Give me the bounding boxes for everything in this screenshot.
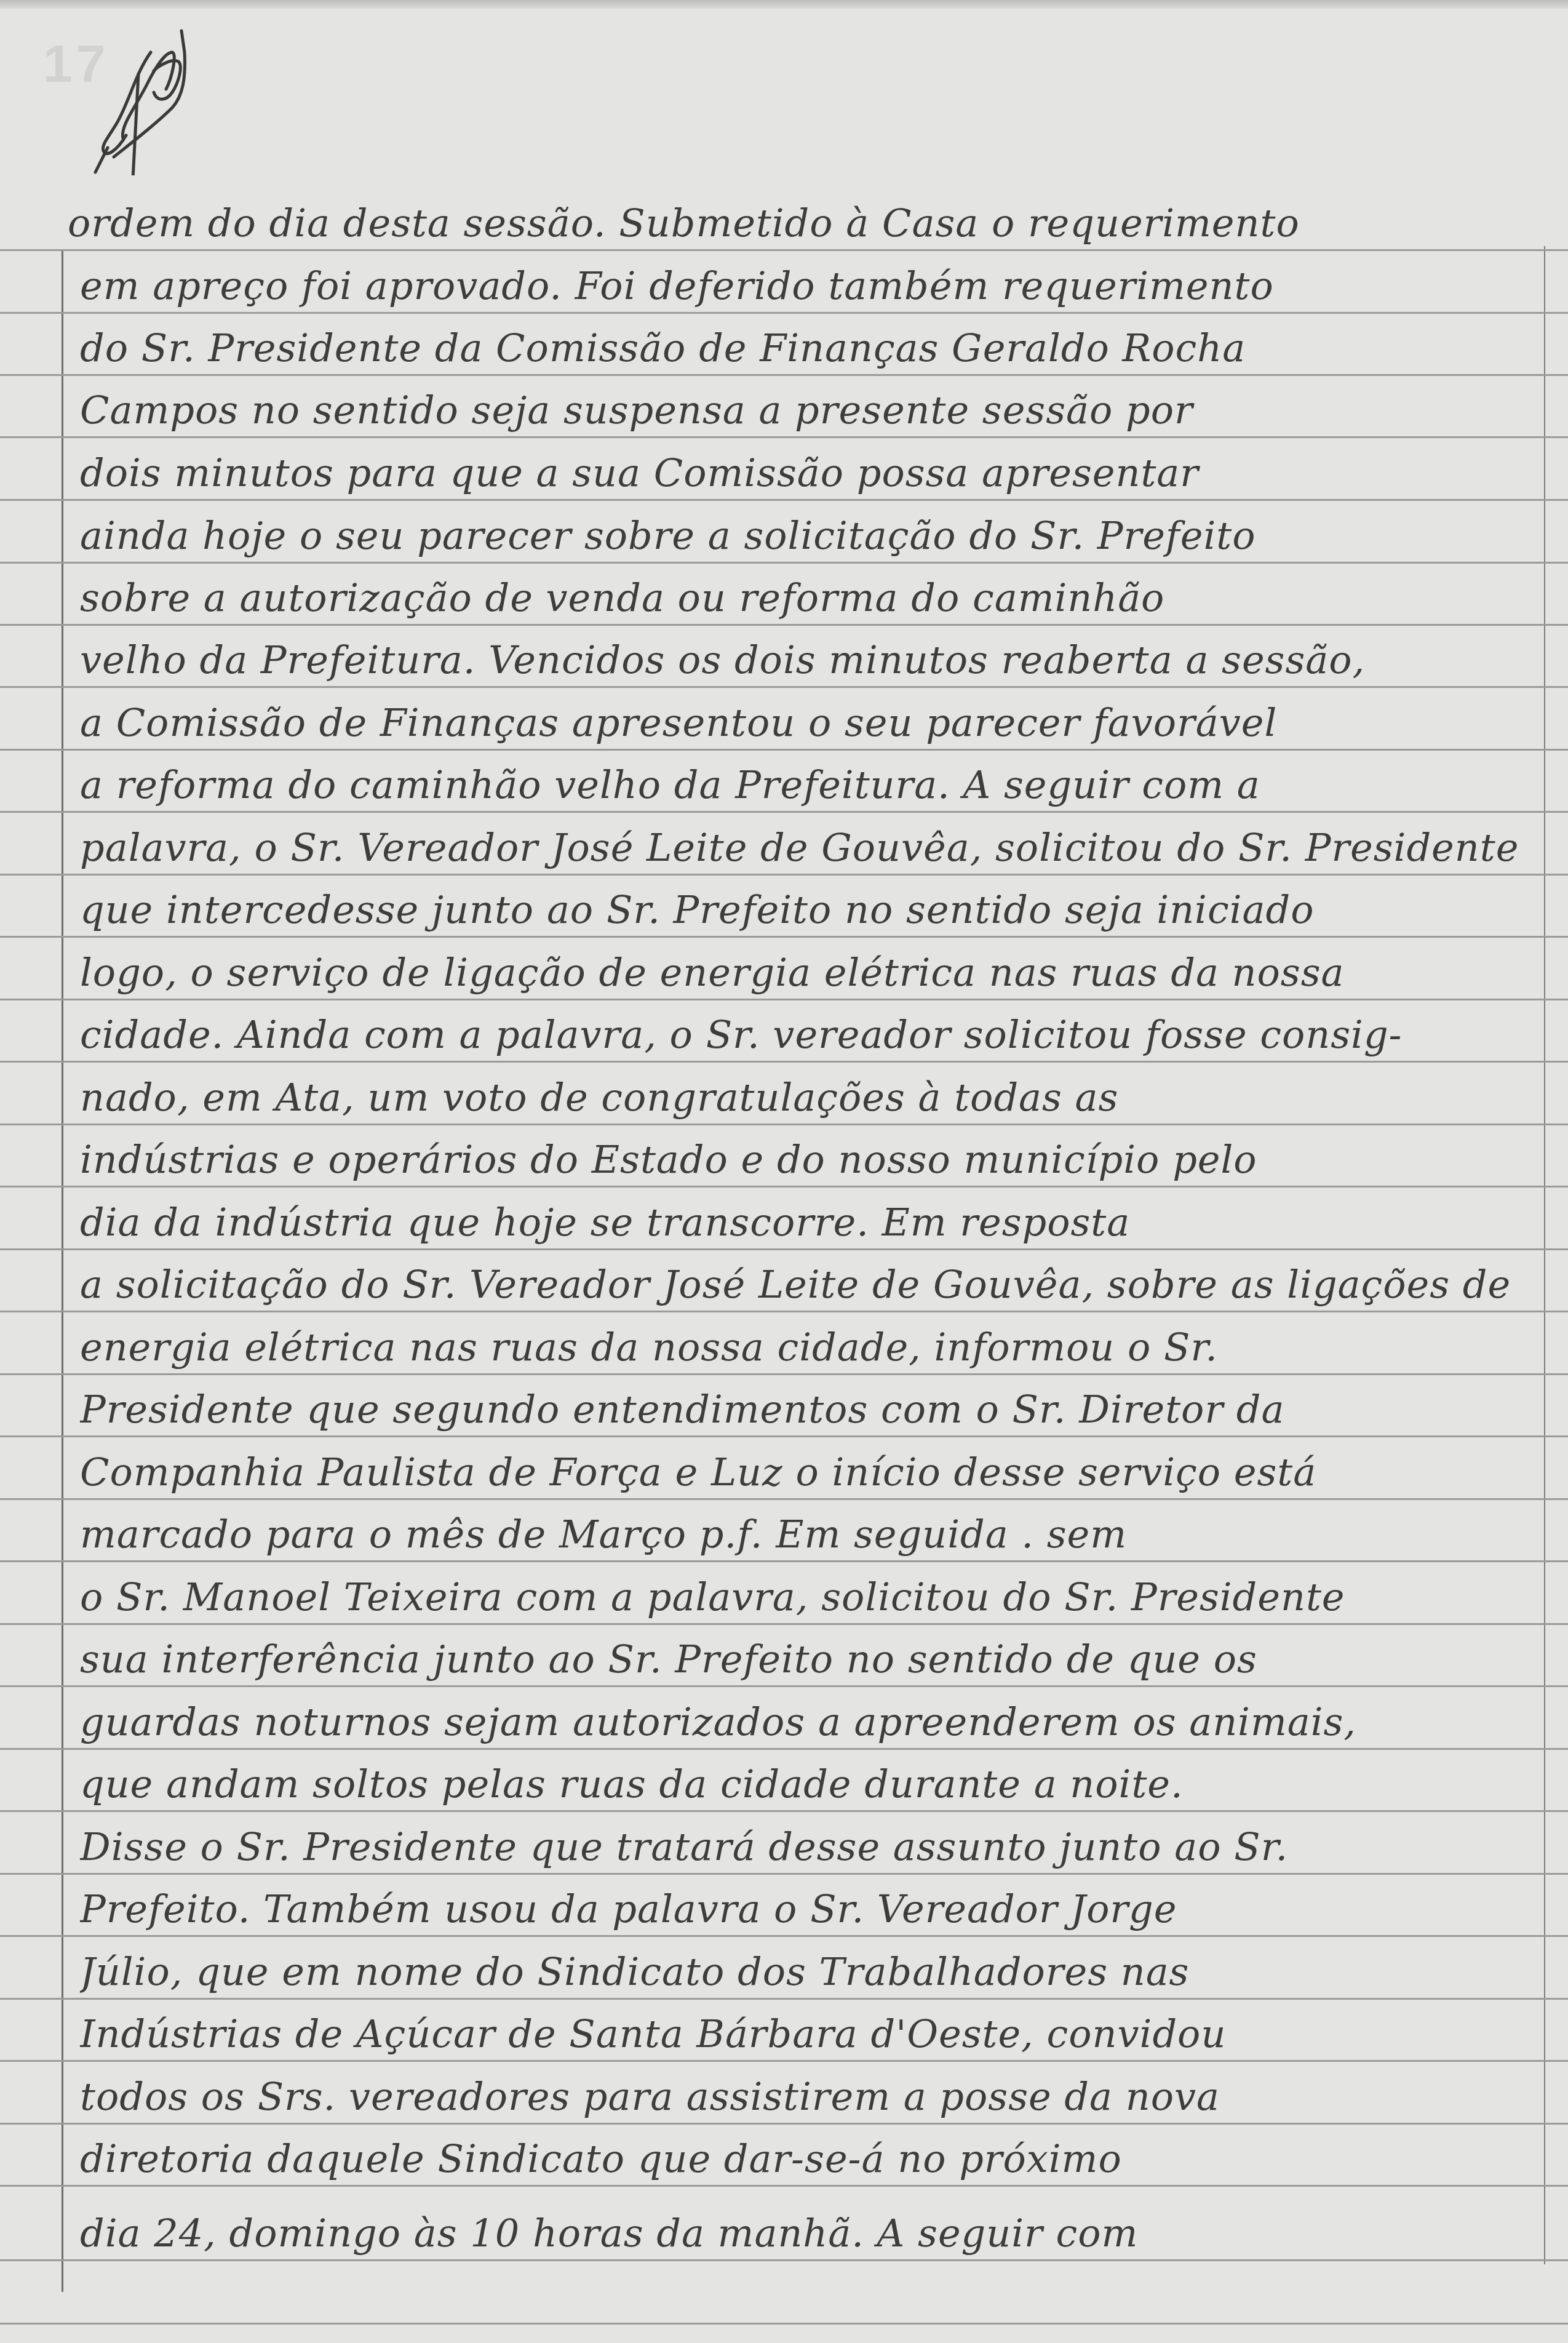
text-line-19: energia elétrica nas ruas da nossa cidad… [80, 1320, 1532, 1383]
text-line-28: Prefeito. Também usou da palavra o Sr. V… [80, 1882, 1532, 1944]
text-line-14: cidade. Ainda com a palavra, o Sr. verea… [80, 1007, 1532, 1070]
text-line-33: dia 24, domingo às 10 horas da manhã. A … [80, 2206, 1532, 2269]
text-line-25: guardas noturnos sejam autorizados a apr… [80, 1694, 1532, 1757]
text-line-6: ainda hoje o seu parecer sobre a solicit… [80, 508, 1532, 571]
text-line-15: nado, em Ata, um voto de congratulações … [80, 1070, 1532, 1133]
text-line-5: dois minutos para que a sua Comissão pos… [80, 445, 1532, 508]
document-page: 17 ordem do dia desta sessão [0, 0, 1568, 2343]
initials-signature-icon [80, 15, 188, 175]
text-line-13: logo, o serviço de ligação de energia el… [80, 945, 1532, 1008]
text-line-1: ordem do dia desta sessão. Submetido à C… [68, 196, 1519, 258]
text-line-29: Júlio, que em nome do Sindicato dos Trab… [80, 1944, 1532, 2007]
text-line-23: o Sr. Manoel Teixeira com a palavra, sol… [80, 1570, 1532, 1632]
text-line-12: que intercedesse junto ao Sr. Prefeito n… [80, 882, 1532, 945]
right-margin-line [1544, 246, 1545, 2264]
text-line-7: sobre a autorização de venda ou reforma … [80, 570, 1532, 633]
text-line-10: a reforma do caminhão velho da Prefeitur… [80, 757, 1532, 820]
text-line-30: Indústrias de Açúcar de Santa Bárbara d'… [80, 2006, 1532, 2069]
text-line-31: todos os Srs. vereadores para assistirem… [80, 2069, 1532, 2132]
text-line-2: em apreço foi aprovado. Foi deferido tam… [80, 258, 1532, 321]
text-line-21: Companhia Paulista de Força e Luz o iníc… [80, 1445, 1532, 1507]
text-line-27: Disse o Sr. Presidente que tratará desse… [80, 1819, 1532, 1882]
text-line-4: Campos no sentido seja suspensa a presen… [80, 383, 1532, 445]
ruled-line [0, 2323, 1568, 2325]
text-line-11: palavra, o Sr. Vereador José Leite de Go… [80, 820, 1532, 883]
text-line-18: a solicitação do Sr. Vereador José Leite… [80, 1257, 1532, 1320]
page-top-edge [0, 0, 1568, 9]
text-line-20: Presidente que segundo entendimentos com… [80, 1382, 1532, 1445]
text-line-9: a Comissão de Finanças apresentou o seu … [80, 695, 1532, 758]
text-line-22: marcado para o mês de Março p.f. Em segu… [80, 1507, 1532, 1570]
text-line-24: sua interferência junto ao Sr. Prefeito … [80, 1632, 1532, 1694]
text-line-16: indústrias e operários do Estado e do no… [80, 1132, 1532, 1195]
text-line-8: velho da Prefeitura. Vencidos os dois mi… [80, 633, 1532, 695]
text-line-32: diretoria daquele Sindicato que dar-se-á… [80, 2131, 1532, 2194]
left-margin-line [62, 249, 63, 2292]
text-line-3: do Sr. Presidente da Comissão de Finança… [80, 321, 1532, 383]
text-line-17: dia da indústria que hoje se transcorre.… [80, 1195, 1532, 1258]
text-line-26: que andam soltos pelas ruas da cidade du… [80, 1757, 1532, 1819]
